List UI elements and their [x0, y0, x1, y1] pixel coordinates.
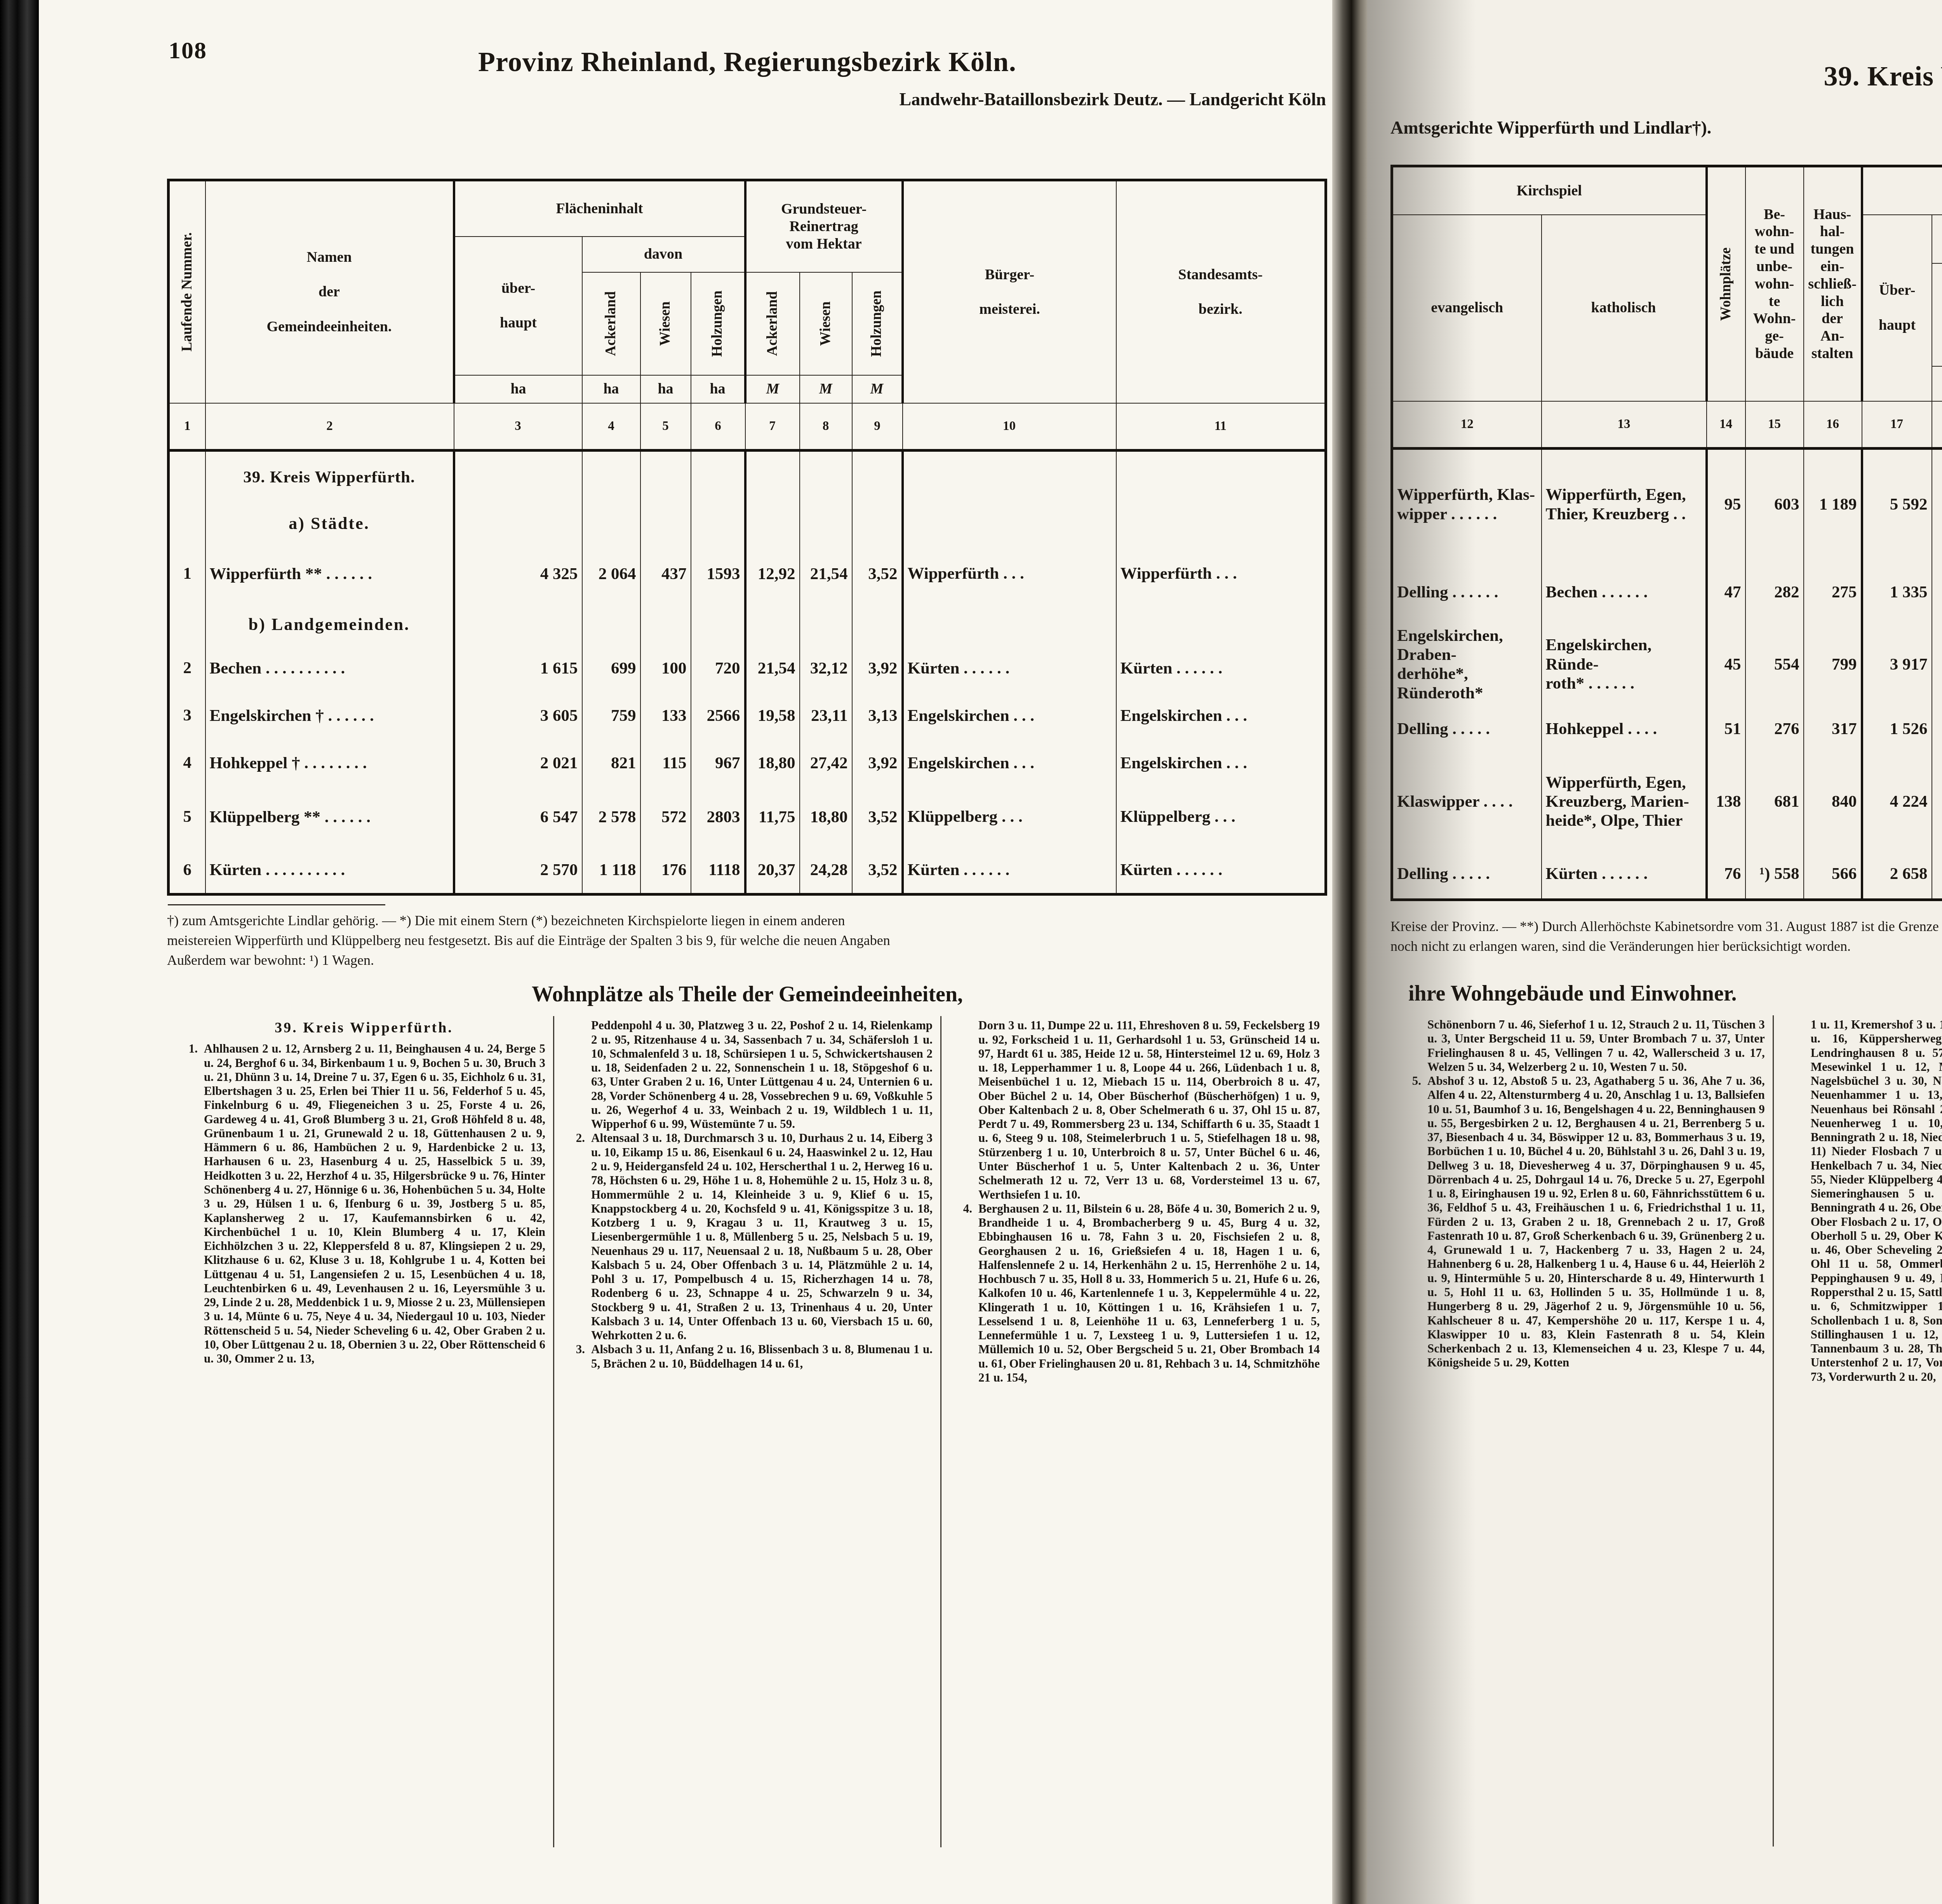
- cell: 276: [1745, 703, 1804, 754]
- cell: 282: [1745, 559, 1804, 625]
- place-text: Altensaal 3 u. 18, Durchmarsch 3 u. 10, …: [591, 1131, 933, 1342]
- cell: 76: [1707, 849, 1745, 900]
- header-label: Ackerland: [604, 291, 619, 356]
- header-holzungen: Holzungen: [691, 272, 745, 375]
- cell: 5: [169, 787, 205, 847]
- place-text: Peddenpohl 4 u. 30, Platzweg 3 u. 22, Po…: [591, 1018, 933, 1131]
- cell: [691, 503, 745, 544]
- footnote-line: meistereien Wipperfürth und Klüppelberg …: [167, 931, 1328, 950]
- place-text: Dorn 3 u. 11, Dumpe 22 u. 111, Ehreshove…: [978, 1018, 1320, 1201]
- left-table-head: Laufende Nummer. Namen der Gemeindeeinhe…: [169, 180, 1326, 403]
- cell: 4 325: [454, 544, 582, 604]
- table-row: 6Kürten . . . . . . . . . .2 5701 118176…: [169, 847, 1326, 895]
- right-footnote: Kreise der Provinz. — **) Durch Allerhöc…: [1390, 917, 1942, 956]
- cell: a) Städte.: [205, 503, 454, 544]
- header-katholisch: katholisch: [1542, 215, 1707, 401]
- cell: 1 118: [582, 847, 640, 895]
- place-text: 1 u. 11, Kremershof 3 u. 12, Kreuzberg 2…: [1811, 1018, 1942, 1384]
- cell: [903, 451, 1116, 503]
- header-ueberhaupt: Über- haupt: [1862, 215, 1932, 401]
- left-page-header: 108 Provinz Rheinland, Regierungsbezirk …: [167, 19, 1328, 140]
- place-item: Dorn 3 u. 11, Dumpe 22 u. 111, Ehreshove…: [978, 1018, 1320, 1201]
- cell: [903, 604, 1116, 645]
- cell: 39. Kreis Wipperfürth.: [205, 451, 454, 503]
- cell: [745, 604, 800, 645]
- place-column: Dorn 3 u. 11, Dumpe 22 u. 111, Ehreshove…: [940, 1016, 1328, 1847]
- unit-ha: ha: [454, 375, 582, 403]
- table-row: 3Engelskirchen † . . . . . .3 6057591332…: [169, 692, 1326, 740]
- cell: [691, 451, 745, 503]
- cell: 720: [691, 645, 745, 692]
- footnote-line: Kreise der Provinz. — **) Durch Allerhöc…: [1390, 917, 1942, 936]
- cell: 7: [745, 403, 800, 451]
- cell: 659: [1932, 559, 1942, 625]
- cell: 47: [1707, 559, 1745, 625]
- header-ackerland: Ackerland: [582, 272, 640, 375]
- cell: 1 189: [1804, 449, 1862, 559]
- cell: 6 547: [454, 787, 582, 847]
- cell: [640, 604, 691, 645]
- place-column: Peddenpohl 4 u. 30, Platzweg 3 u. 22, Po…: [553, 1016, 940, 1847]
- cell: 2 658: [1862, 849, 1932, 900]
- footnote-line: †) zum Amtsgerichte Lindlar gehörig. — *…: [167, 911, 1328, 931]
- cell: 12,92: [745, 544, 800, 604]
- cell: [745, 503, 800, 544]
- header-label: Wohnplätze: [1719, 247, 1734, 321]
- unit-mark: M: [745, 375, 800, 403]
- cell: 603: [1745, 449, 1804, 559]
- cell: Wipperfürth, Egen, Kreuzberg, Marien- he…: [1542, 754, 1707, 849]
- place-item: 1 u. 11, Kremershof 3 u. 12, Kreuzberg 2…: [1811, 1018, 1942, 1384]
- header-grundsteuer: Grundsteuer- Reinertrag vom Hektar: [745, 180, 903, 272]
- cell: Wipperfürth, Egen, Thier, Kreuzberg . .: [1542, 449, 1707, 559]
- cell: 138: [1707, 754, 1745, 849]
- cell: 24,28: [800, 847, 852, 895]
- cell: 21,54: [745, 645, 800, 692]
- cell: [640, 451, 691, 503]
- cell: 1: [169, 403, 205, 451]
- cell: 811: [1932, 703, 1942, 754]
- cell: Wipperfürth ** . . . . . .: [205, 544, 454, 604]
- cell: 4: [169, 740, 205, 787]
- cell: Engelskirchen, Draben- derhöhe*, Ründero…: [1392, 625, 1542, 704]
- section-row: b) Landgemeinden.: [169, 604, 1326, 645]
- header-ueberhaupt: über- haupt: [454, 237, 582, 375]
- cell: 2: [205, 403, 454, 451]
- cell: Kürten . . . . . . . . . .: [205, 847, 454, 895]
- cell: 2803: [691, 787, 745, 847]
- cell: 27,42: [800, 740, 852, 787]
- cell: 12: [1392, 401, 1542, 449]
- cell: 2 110: [1932, 754, 1942, 849]
- cell: Wipperfürth . . .: [903, 544, 1116, 604]
- cell: [169, 604, 205, 645]
- cell: Wipperfürth, Klas- wipper . . . . . .: [1392, 449, 1542, 559]
- wohnplaetze-heading-right: ihre Wohngebäude und Einwohner.: [1390, 981, 1942, 1006]
- cell: Engelskirchen . . .: [903, 740, 1116, 787]
- cell: Wipperfürth . . .: [1116, 544, 1326, 604]
- cell: 1 908: [1932, 625, 1942, 704]
- place-text: Ahlhausen 2 u. 12, Arnsberg 2 u. 11, Bei…: [204, 1042, 545, 1365]
- item-number: 3.: [560, 1342, 585, 1356]
- unit-ha: ha: [640, 375, 691, 403]
- cell: [640, 503, 691, 544]
- cell: 4 224: [1862, 754, 1932, 849]
- place-text: Abshof 3 u. 12, Abstoß 5 u. 23, Agathabe…: [1427, 1074, 1765, 1369]
- cell: [903, 503, 1116, 544]
- cell: 3,92: [852, 645, 903, 692]
- cell: Engelskirchen, Ründe- roth* . . . . . .: [1542, 625, 1707, 704]
- cell: Delling . . . . .: [1392, 849, 1542, 900]
- header-haushaltungen: Haus- hal- tungen ein- schließ- lich der…: [1804, 166, 1862, 401]
- cell: 566: [1804, 849, 1862, 900]
- place-item: Peddenpohl 4 u. 30, Platzweg 3 u. 22, Po…: [591, 1018, 933, 1131]
- table-row: Klaswipper . . . .Wipperfürth, Egen, Kre…: [1392, 754, 1942, 849]
- cell: 18,80: [800, 787, 852, 847]
- book-gutter: [1332, 0, 1367, 1904]
- cell: Klüppelberg . . .: [903, 787, 1116, 847]
- left-page-title: Provinz Rheinland, Regierungsbezirk Köln…: [167, 19, 1328, 78]
- right-table-body: 12131415161718192021222324251Wipperfürth…: [1392, 401, 1942, 900]
- cell: 15: [1745, 401, 1804, 449]
- cell: [1116, 451, 1326, 503]
- cell: 95: [1707, 449, 1745, 559]
- cell: [169, 503, 205, 544]
- section-row: 39. Kreis Wipperfürth.: [169, 451, 1326, 503]
- table-row: 4Hohkeppel † . . . . . . . .2 0218211159…: [169, 740, 1326, 787]
- item-number: 4.: [947, 1202, 972, 1216]
- cell: Kürten . . . . . .: [1116, 645, 1326, 692]
- cell: [1116, 604, 1326, 645]
- cell: 115: [640, 740, 691, 787]
- header-darunter: Darunter befinden sich: [1932, 215, 1942, 263]
- header-label: Wiesen: [818, 301, 834, 346]
- header-evangelisch: evangelisch: [1392, 215, 1542, 401]
- cell: 821: [582, 740, 640, 787]
- cell: Engelskirchen . . .: [1116, 740, 1326, 787]
- book-spread: 108 Provinz Rheinland, Regierungsbezirk …: [0, 0, 1942, 1904]
- footnote-rule: [168, 904, 385, 905]
- unit-mark: M: [852, 375, 903, 403]
- cell: 1 615: [454, 645, 582, 692]
- cell: Klüppelberg . . .: [1116, 787, 1326, 847]
- cell: 3,13: [852, 692, 903, 740]
- table-row: Delling . . . . . .Bechen . . . . . .472…: [1392, 559, 1942, 625]
- header-flaecheninhalt: Flächeninhalt: [454, 180, 745, 237]
- cell: [169, 451, 205, 503]
- place-column: 39. Kreis Wipperfürth.1.Ahlhausen 2 u. 1…: [167, 1016, 553, 1847]
- header-maennliche: männ- liche: [1932, 263, 1942, 366]
- right-page-header: 109 39. Kreis Wipperfürth. Amtsgerichte …: [1390, 19, 1942, 140]
- cell: 2: [169, 645, 205, 692]
- cell: 20,37: [745, 847, 800, 895]
- cell: 3,52: [852, 544, 903, 604]
- cell: 3,52: [852, 787, 903, 847]
- cell: ¹) 558: [1745, 849, 1804, 900]
- cell: 1118: [691, 847, 745, 895]
- cell: 19,58: [745, 692, 800, 740]
- cell: 21,54: [800, 544, 852, 604]
- cell: 1 337: [1932, 849, 1942, 900]
- cell: 1 335: [1862, 559, 1932, 625]
- cell: Klüppelberg ** . . . . . .: [205, 787, 454, 847]
- place-column: 1 u. 11, Kremershof 3 u. 12, Kreuzberg 2…: [1773, 1015, 1942, 1847]
- cell: 1593: [691, 544, 745, 604]
- cell: Delling . . . . . .: [1392, 559, 1542, 625]
- item-number: 2.: [560, 1131, 585, 1145]
- cell: 1: [169, 544, 205, 604]
- header-buergermeisterei: Bürger- meisterei.: [903, 180, 1116, 403]
- cell: 13: [1542, 401, 1707, 449]
- item-number: 5.: [1396, 1074, 1421, 1088]
- cell: Kürten . . . . . .: [903, 645, 1116, 692]
- table-row: Engelskirchen, Draben- derhöhe*, Ründero…: [1392, 625, 1942, 704]
- cell: Hohkeppel † . . . . . . . .: [205, 740, 454, 787]
- header-namen: Namen der Gemeindeeinheiten.: [205, 180, 454, 403]
- cell: 967: [691, 740, 745, 787]
- book-spine: [0, 0, 39, 1904]
- cell: 5: [640, 403, 691, 451]
- cell: 275: [1804, 559, 1862, 625]
- cell: 18,80: [745, 740, 800, 787]
- page-number-left: 108: [169, 37, 207, 64]
- header-kirchspiel: Kirchspiel: [1392, 166, 1707, 215]
- cell: 2 021: [454, 740, 582, 787]
- cell: 14: [1707, 401, 1745, 449]
- cell: 1 526: [1862, 703, 1932, 754]
- cell: 2 570: [454, 847, 582, 895]
- header-laufende-nummer: Laufende Nummer.: [169, 180, 205, 403]
- cell: 317: [1804, 703, 1862, 754]
- cell: 8: [800, 403, 852, 451]
- cell: 681: [1745, 754, 1804, 849]
- place-item: 4.Berghausen 2 u. 11, Bilstein 6 u. 28, …: [978, 1202, 1320, 1385]
- cell: 572: [640, 787, 691, 847]
- table-row: 12131415161718192021222324251: [1392, 401, 1942, 449]
- cell: [582, 503, 640, 544]
- cell: b) Landgemeinden.: [205, 604, 454, 645]
- statistics-table-right: Kirchspiel Wohnplätze Be- wohn- te und u…: [1390, 165, 1942, 901]
- header-wohngebaeude: Be- wohn- te und unbe- wohn- te Wohn- ge…: [1745, 166, 1804, 401]
- cell: 2 064: [582, 544, 640, 604]
- right-page-subtitle: Amtsgerichte Wipperfürth und Lindlar†).: [1390, 117, 1942, 138]
- cell: [800, 451, 852, 503]
- cell: 799: [1804, 625, 1862, 704]
- cell: Hohkeppel . . . .: [1542, 703, 1707, 754]
- cell: 100: [640, 645, 691, 692]
- cell: 3 605: [454, 692, 582, 740]
- cell: [582, 604, 640, 645]
- cell: Bechen . . . . . .: [1542, 559, 1707, 625]
- cell: [745, 451, 800, 503]
- cell: 3,52: [852, 847, 903, 895]
- table-row: Wipperfürth, Klas- wipper . . . . . .Wip…: [1392, 449, 1942, 559]
- header-davon: davon: [582, 237, 745, 272]
- header-label: Holzungen: [869, 291, 884, 357]
- place-item: 5.Abshof 3 u. 12, Abstoß 5 u. 23, Agatha…: [1427, 1074, 1765, 1370]
- cell: 176: [640, 847, 691, 895]
- unit-mark: M: [800, 375, 852, 403]
- place-text: Alsbach 3 u. 11, Anfang 2 u. 16, Blissen…: [591, 1342, 933, 1370]
- header-ackerland: Ackerland: [745, 272, 800, 375]
- cell: [852, 451, 903, 503]
- cell: Bechen . . . . . . . . . .: [205, 645, 454, 692]
- cell: 3 917: [1862, 625, 1932, 704]
- cell: 51: [1707, 703, 1745, 754]
- cell: 45: [1707, 625, 1745, 704]
- cell: [852, 604, 903, 645]
- cell: 3,92: [852, 740, 903, 787]
- cell: 16: [1804, 401, 1862, 449]
- table-row: Delling . . . . .Hohkeppel . . . .512763…: [1392, 703, 1942, 754]
- cell: 9: [852, 403, 903, 451]
- header-holzungen: Holzungen: [852, 272, 903, 375]
- cell: [800, 604, 852, 645]
- header-label: Ackerland: [765, 291, 780, 356]
- left-table-body: 123456789101139. Kreis Wipperfürth.a) St…: [169, 403, 1326, 895]
- cell: [454, 451, 582, 503]
- header-wohnplaetze: Wohnplätze: [1707, 166, 1745, 401]
- left-footnote: †) zum Amtsgerichte Lindlar gehörig. — *…: [167, 911, 1328, 970]
- right-table-head: Kirchspiel Wohnplätze Be- wohn- te und u…: [1392, 166, 1942, 401]
- header-wiesen: Wiesen: [640, 272, 691, 375]
- header-label: Laufende Nummer.: [180, 232, 195, 352]
- unit-ha: ha: [691, 375, 745, 403]
- kreis-heading: 39. Kreis Wipperfürth.: [183, 1019, 545, 1036]
- place-item: Schönenborn 7 u. 46, Sieferhof 1 u. 12, …: [1427, 1018, 1765, 1074]
- cell: Engelskirchen † . . . . . .: [205, 692, 454, 740]
- cell: 840: [1804, 754, 1862, 849]
- place-item: 3.Alsbach 3 u. 11, Anfang 2 u. 16, Bliss…: [591, 1342, 933, 1371]
- cell: 32,12: [800, 645, 852, 692]
- page-right: 109 39. Kreis Wipperfürth. Amtsgerichte …: [1367, 0, 1942, 1904]
- place-columns-left: 39. Kreis Wipperfürth.1.Ahlhausen 2 u. 1…: [167, 1016, 1328, 1847]
- wohnplaetze-heading-left: Wohnplätze als Theile der Gemeindeeinhei…: [167, 982, 1328, 1007]
- table-row: 2Bechen . . . . . . . . . .1 61569910072…: [169, 645, 1326, 692]
- footnote-line: noch nicht zu erlangen waren, sind die V…: [1390, 936, 1942, 956]
- cell: Kürten . . . . . .: [1116, 847, 1326, 895]
- header-label: Holzungen: [710, 291, 725, 357]
- cell: [582, 451, 640, 503]
- header-bevoelkerung: Ortsanwesende Bevölkerung am 1. Dezember…: [1862, 166, 1942, 215]
- right-page-title: 39. Kreis Wipperfürth.: [1390, 19, 1942, 92]
- header-label: Wiesen: [658, 301, 673, 346]
- cell: 2566: [691, 692, 745, 740]
- place-column: Schönenborn 7 u. 46, Sieferhof 1 u. 12, …: [1390, 1015, 1773, 1847]
- cell: Kürten . . . . . .: [903, 847, 1116, 895]
- cell: 11,75: [745, 787, 800, 847]
- header-standesamtsbezirk: Standesamts- bezirk.: [1116, 180, 1326, 403]
- cell: Engelskirchen . . .: [903, 692, 1116, 740]
- cell: 23,11: [800, 692, 852, 740]
- table-row: 5Klüppelberg ** . . . . . .6 5472 578572…: [169, 787, 1326, 847]
- table-row: Delling . . . . .Kürten . . . . . .76¹) …: [1392, 849, 1942, 900]
- cell: 4: [582, 403, 640, 451]
- place-columns-right: Schönenborn 7 u. 46, Sieferhof 1 u. 12, …: [1390, 1015, 1942, 1847]
- cell: 6: [691, 403, 745, 451]
- cell: [691, 604, 745, 645]
- page-left: 108 Provinz Rheinland, Regierungsbezirk …: [39, 0, 1332, 1904]
- cell: Delling . . . . .: [1392, 703, 1542, 754]
- cell: Klaswipper . . . .: [1392, 754, 1542, 849]
- cell: 3: [169, 692, 205, 740]
- cell: 133: [640, 692, 691, 740]
- cell: 17: [1862, 401, 1932, 449]
- table-row: 1234567891011: [169, 403, 1326, 451]
- cell: 699: [582, 645, 640, 692]
- cell: 18: [1932, 401, 1942, 449]
- table-row: 1Wipperfürth ** . . . . . .4 3252 064437…: [169, 544, 1326, 604]
- cell: 10: [903, 403, 1116, 451]
- cell: [800, 503, 852, 544]
- unit-ha: ha: [582, 375, 640, 403]
- statistics-table-left: Laufende Nummer. Namen der Gemeindeeinhe…: [167, 179, 1327, 896]
- left-page-subtitle: Landwehr-Bataillonsbezirk Deutz. — Landg…: [167, 89, 1328, 110]
- cell: 759: [582, 692, 640, 740]
- cell: 554: [1745, 625, 1804, 704]
- cell: 11: [1116, 403, 1326, 451]
- header-personen: Personen: [1932, 366, 1942, 401]
- cell: Kürten . . . . . .: [1542, 849, 1707, 900]
- cell: 2 749: [1932, 449, 1942, 559]
- header-wiesen: Wiesen: [800, 272, 852, 375]
- cell: 437: [640, 544, 691, 604]
- cell: 5 592: [1862, 449, 1932, 559]
- cell: [1116, 503, 1326, 544]
- place-text: Berghausen 2 u. 11, Bilstein 6 u. 28, Bö…: [978, 1202, 1320, 1384]
- cell: Engelskirchen . . .: [1116, 692, 1326, 740]
- section-row: a) Städte.: [169, 503, 1326, 544]
- cell: [454, 503, 582, 544]
- cell: 3: [454, 403, 582, 451]
- place-item: 1.Ahlhausen 2 u. 12, Arnsberg 2 u. 11, B…: [204, 1042, 545, 1366]
- cell: 6: [169, 847, 205, 895]
- place-item: 2.Altensaal 3 u. 18, Durchmarsch 3 u. 10…: [591, 1131, 933, 1342]
- item-number: 1.: [173, 1042, 198, 1056]
- footnote-line: Außerdem war bewohnt: ¹) 1 Wagen.: [167, 950, 1328, 970]
- cell: [454, 604, 582, 645]
- place-text: Schönenborn 7 u. 46, Sieferhof 1 u. 12, …: [1427, 1018, 1765, 1074]
- cell: [852, 503, 903, 544]
- cell: 2 578: [582, 787, 640, 847]
